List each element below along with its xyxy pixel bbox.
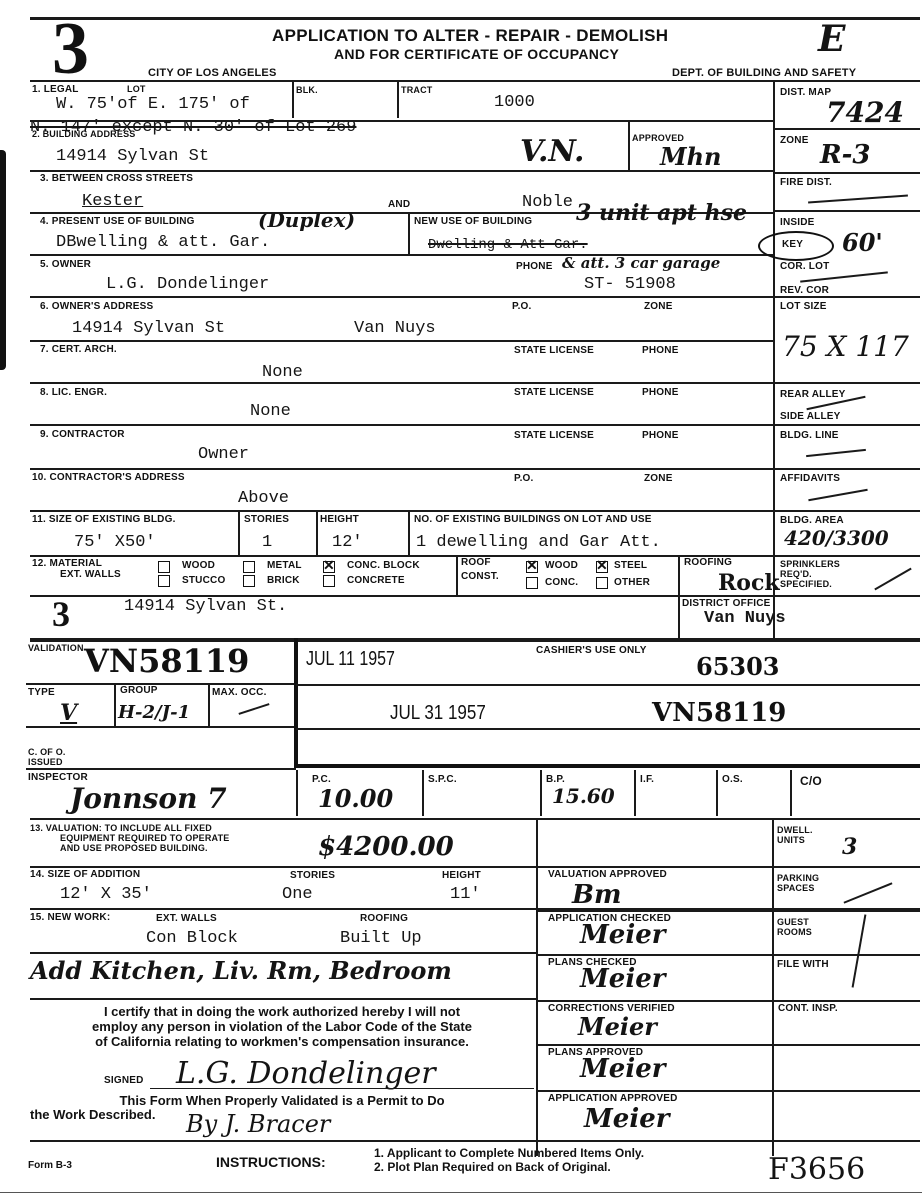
addition-height-label: HEIGHT [442,871,481,881]
cross-street-2: Noble [522,194,573,212]
existing-stories: 1 [262,534,272,552]
wall-concrete-checkbox[interactable] [323,575,335,587]
wall-wood-checkbox[interactable] [158,561,170,573]
inspector-signature: Jonnson 7 [70,782,227,815]
new-work-walls-label: EXT. WALLS [156,914,217,924]
key-circle [758,231,834,261]
row10-rule [30,510,920,512]
zone-label: ZONE [780,136,809,146]
plans-approved-signature: Meier [580,1054,665,1084]
row6-rule [30,340,773,342]
valuation-label-3: AND USE PROPOSED BUILDING. [60,844,208,853]
present-use-note: (Duplex) [258,208,355,232]
roof-conc-checkbox[interactable] [526,577,538,589]
fee-if-label: I.F. [640,775,654,785]
dist-map-label: DIST. MAP [780,88,831,98]
fee-divider-bp [540,770,542,816]
blk-label: BLK. [296,86,318,95]
fire-dist-label: FIRE DIST. [780,178,832,188]
roof-steel-checkbox[interactable] [596,561,608,573]
new-use-struck: Dwelling & Att Gar. [428,236,588,254]
signed-label: SIGNED [104,1076,144,1086]
row15-rule [30,952,536,954]
existing-buildings: 1 dewelling and Gar Att. [416,534,661,552]
material-label: 12. MATERIAL [32,559,102,569]
address-strip-number: 3 [52,596,70,632]
approval-rule-2 [536,954,920,956]
rear-alley-label: REAR ALLEY [780,390,846,400]
new-use-label: NEW USE OF BUILDING [414,217,532,227]
new-work-label: 15. NEW WORK: [30,913,110,923]
cor-lot-mark [800,271,888,282]
bldg-area-value: 420/3300 [784,526,889,550]
and-label: AND [388,200,410,210]
signature-rule [150,1088,534,1089]
row8-rule [30,424,773,426]
roofing-value: Rock [718,570,780,596]
type-value: V [60,700,77,726]
zone-rule [773,172,920,174]
application-approved-signature: Meier [584,1104,669,1134]
lic-engr-label: 8. LIC. ENGR. [40,388,107,398]
file-with-label: FILE WITH [777,960,829,970]
parking-label: PARKING [777,874,819,883]
roof-const-label: CONST. [461,572,499,582]
lower-mid-divider [536,818,538,1156]
side-alley-rule [773,424,920,426]
district-initials: V.N. [520,134,584,169]
certification-text: I certify that in doing the work authori… [30,1004,534,1049]
validation-number: VN58119 [84,642,249,680]
existing-size: 75' X50' [74,534,156,552]
cofo-rule [26,768,296,770]
owner-label: 5. OWNER [40,260,91,270]
fee-divider-os [716,770,718,816]
corner-mark: E [818,18,845,60]
blk-divider [292,82,294,118]
owner-po-label: P.O. [512,302,532,312]
fee-pc-value: 10.00 [318,784,393,813]
plans-checked-signature: Meier [580,964,665,994]
contractor-zone-label: ZONE [644,474,673,484]
cert-arch-phone-label: PHONE [642,346,679,356]
type-label: TYPE [28,688,55,698]
lot-label: LOT [127,85,146,94]
cor-lot-label: COR. LOT [780,262,829,272]
new-use-handwritten: 3 unit apt hse [576,200,747,226]
instructions-label: INSTRUCTIONS: [216,1154,326,1170]
row2-rule [30,170,773,172]
district-office-label: DISTRICT OFFICE [682,599,771,609]
parking-label-2: SPACES [777,884,815,893]
inside-label: INSIDE [780,218,815,228]
footer-top-rule [30,1140,920,1142]
fees-bottom-rule [30,818,920,820]
fee-divider-spc [422,770,424,816]
valuation-value: $4200.00 [318,832,454,862]
left-edge-mark [0,150,6,370]
ext-walls-label: EXT. WALLS [60,570,121,580]
cashier-validation-number: VN58119 [652,698,786,728]
new-work-roofing-label: ROOFING [360,914,408,924]
height-divider [316,510,318,556]
key-value: 60' [842,228,883,257]
contractor-po-label: P.O. [514,474,534,484]
contractor-label: 9. CONTRACTOR [40,430,125,440]
approval-rule-0 [536,866,772,868]
existing-height: 12' [332,534,363,552]
form-id: Form B-3 [28,1160,72,1171]
addition-size: 12' X 35' [60,886,152,904]
sprinklers-mark [874,568,911,591]
cross-street-1: Kester [82,193,143,211]
lot-size-value: 75 X 117 [782,330,909,363]
cashier-receipt-number: 65303 [696,652,780,681]
new-work-walls: Con Block [146,930,238,948]
row5-rule [30,296,773,298]
valuation-approved-label: VALUATION APPROVED [548,870,667,880]
approval-rule-4 [536,1044,920,1046]
cert-arch-value: None [262,364,303,382]
lot-size-rule [773,382,920,384]
cofo-label: C. OF O. [28,748,66,757]
dist-map-value: 7424 [826,96,904,129]
instruction-2: 2. Plot Plan Required on Back of Origina… [374,1160,611,1174]
wall-concrete-label: CONCRETE [347,576,405,586]
roof-divider [456,555,458,595]
wall-stucco-label: STUCCO [182,576,225,586]
owner-name: L.G. Dondelinger [106,276,269,294]
form-copy-number: 3 [52,14,89,84]
existing-size-label: 11. SIZE OF EXISTING BLDG. [32,515,176,525]
addition-size-label: 14. SIZE OF ADDITION [30,870,140,880]
cashier-label: CASHIER'S USE ONLY [536,646,647,656]
sprinklers-reqd-label: REQ'D. [780,570,812,579]
fee-os-label: O.S. [722,775,743,785]
file-number: F3656 [768,1152,865,1187]
rev-cor-rule [773,296,920,298]
lot-size-label: LOT SIZE [780,302,827,312]
cashier-rule-2 [296,728,920,730]
wall-metal-checkbox[interactable] [243,561,255,573]
existing-height-label: HEIGHT [320,515,359,525]
contractor-license-label: STATE LICENSE [514,431,594,441]
tract-divider [397,82,399,118]
existing-buildings-divider [408,510,410,556]
cont-insp-label: CONT. INSP. [778,1004,838,1014]
validation-label: VALIDATION [28,644,84,653]
group-divider [114,683,116,727]
certification-line-2: employ any person in violation of the La… [30,1019,534,1034]
bldg-area-label: BLDG. AREA [780,516,844,526]
wall-brick-checkbox[interactable] [243,575,255,587]
dwell-units-value: 3 [842,834,857,860]
cashier-date-2: JUL 31 1957 [390,702,486,725]
owner-phone: ST- 51908 [584,276,676,294]
fee-bp-value: 15.60 [552,784,615,808]
cert-arch-license-label: STATE LICENSE [514,346,594,356]
building-address-label: 2. BUILDING ADDRESS [32,130,135,139]
max-occ-divider [208,683,210,727]
fee-spc-label: S.P.C. [428,775,457,785]
affidavits-mark [808,489,867,501]
wall-stucco-checkbox[interactable] [158,575,170,587]
owner-zone-label: ZONE [644,302,673,312]
guest-rooms-label: GUEST [777,918,809,927]
affidavits-label: AFFIDAVITS [780,474,840,484]
address-strip-value: 14914 Sylvan St. [124,598,287,616]
wall-conc-block-label: CONC. BLOCK [347,561,420,571]
new-work-roofing: Built Up [340,930,422,948]
approval-rule-3 [536,1000,920,1002]
legal-label: 1. LEGAL [32,85,79,95]
present-use-label: 4. PRESENT USE OF BUILDING [40,217,195,227]
max-occ-label: MAX. OCC. [212,688,267,698]
header-rule [30,80,920,82]
guest-file-mark [852,914,867,987]
certification-line-3: of California relating to workmen's comp… [30,1034,534,1049]
tract-label: TRACT [401,86,433,95]
approval-rule-1 [536,910,920,912]
roof-conc-label: CONC. [545,578,578,588]
existing-stories-label: STORIES [244,515,289,525]
fee-co-label: C/O [800,776,822,786]
application-approved-label: APPLICATION APPROVED [548,1094,678,1104]
addition-stories-label: STORIES [290,871,335,881]
bldg-line-rule [773,468,920,470]
approved-signature: Mhn [660,142,721,171]
lic-engr-license-label: STATE LICENSE [514,388,594,398]
new-use-divider [408,212,410,254]
application-checked-signature: Meier [580,920,665,950]
fire-dist-mark [808,195,908,204]
dist-map-rule [773,128,920,130]
contractor-value: Owner [198,446,249,464]
roof-label: ROOF [461,558,491,568]
permit-line-1: This Form When Properly Validated is a P… [30,1094,534,1108]
valuation-label-1: 13. VALUATION: TO INCLUDE ALL FIXED [30,824,212,833]
description-rule [30,998,536,1000]
existing-buildings-label: NO. OF EXISTING BUILDINGS ON LOT AND USE [414,515,652,525]
bldg-line-label: BLDG. LINE [780,431,839,441]
rev-cor-label: REV. COR [780,286,829,296]
row7-rule [30,382,773,384]
roof-wood-checkbox[interactable] [526,561,538,573]
bldg-line-mark [806,449,866,457]
parking-mark [844,882,893,903]
owner-phone-label: PHONE [516,262,553,272]
row9-rule [30,468,773,470]
certification-line-1: I certify that in doing the work authori… [30,1004,534,1019]
fee-divider-pc [296,770,298,816]
new-work-description: Add Kitchen, Liv. Rm, Bedroom [30,956,452,985]
wall-brick-label: BRICK [267,576,300,586]
contractor-address-value: Above [238,490,289,508]
wall-wood-label: WOOD [182,561,215,571]
legal-description: W. 75'of E. 175' of [56,96,250,114]
guest-rooms-label-2: ROOMS [777,928,812,937]
approval-rule-5 [536,1090,920,1092]
valuation-label-2: EQUIPMENT REQUIRED TO OPERATE [60,834,229,843]
fee-divider-co [790,770,792,816]
sprinklers-label: SPRINKLERS [780,560,840,569]
building-address: 14914 Sylvan St [56,148,209,166]
row1-rule [30,120,773,122]
valuation-approved-signature: Bm [572,880,622,910]
group-value: H-2/J-1 [118,702,190,723]
cofo-issued-label: ISSUED [28,758,63,767]
present-use-value: DBwelling & att. Gar. [56,234,270,252]
cashier-rule-1 [296,684,920,686]
max-occ-mark [238,703,269,715]
form-title-line1: APPLICATION TO ALTER - REPAIR - DEMOLISH [272,26,668,46]
stories-divider [238,510,240,556]
lic-engr-value: None [250,403,291,421]
wall-conc-block-checkbox[interactable] [323,561,335,573]
cashier-date-1: JUL 11 1957 [306,648,395,671]
district-office-value: Van Nuys [704,610,786,628]
roofing-divider [678,555,680,639]
owner-city: Van Nuys [354,320,436,338]
form-title-line2: AND FOR CERTIFICATE OF OCCUPANCY [334,46,619,62]
addition-height: 11' [450,886,481,904]
group-rule [26,726,296,728]
bottom-rule [0,1192,922,1193]
issuer-signature: By J. Bracer [186,1110,330,1138]
contractor-phone-label: PHONE [642,431,679,441]
roof-other-label: OTHER [614,578,650,588]
dwell-units-label-2: UNITS [777,836,805,845]
cross-streets-label: 3. BETWEEN CROSS STREETS [40,174,193,184]
new-use-handwritten-2: & att. 3 car garage [562,254,720,272]
dwell-units-label: DWELL. [777,826,813,835]
cert-arch-label: 7. CERT. ARCH. [40,345,117,355]
owner-street: 14914 Sylvan St [72,320,225,338]
tract-number: 1000 [494,94,535,112]
owner-signature: L.G. Dondelinger [176,1056,436,1091]
validation-rule [26,683,296,685]
roof-other-checkbox[interactable] [596,577,608,589]
owner-address-label: 6. OWNER'S ADDRESS [40,302,153,312]
fee-divider-if [634,770,636,816]
department-name: DEPT. OF BUILDING AND SAFETY [672,68,856,78]
lower-right-divider [772,818,774,1156]
sprinklers-specified-label: SPECIFIED. [780,580,832,589]
corrections-verified-signature: Meier [578,1012,657,1041]
side-alley-label: SIDE ALLEY [780,412,841,422]
roofing-label: ROOFING [684,558,732,568]
row13-rule [30,866,920,868]
roof-steel-label: STEEL [614,561,647,571]
group-label: GROUP [120,686,158,696]
city-name: CITY OF LOS ANGELES [148,68,276,78]
lic-engr-phone-label: PHONE [642,388,679,398]
instruction-1: 1. Applicant to Complete Numbered Items … [374,1146,644,1160]
addition-stories: One [282,886,313,904]
fire-dist-rule [773,210,920,212]
approved-divider [628,120,630,170]
zone-value: R-3 [820,140,871,170]
roof-wood-label: WOOD [545,561,578,571]
wall-metal-label: METAL [267,561,302,571]
contractor-address-label: 10. CONTRACTOR'S ADDRESS [32,473,185,483]
top-rule [30,17,920,20]
